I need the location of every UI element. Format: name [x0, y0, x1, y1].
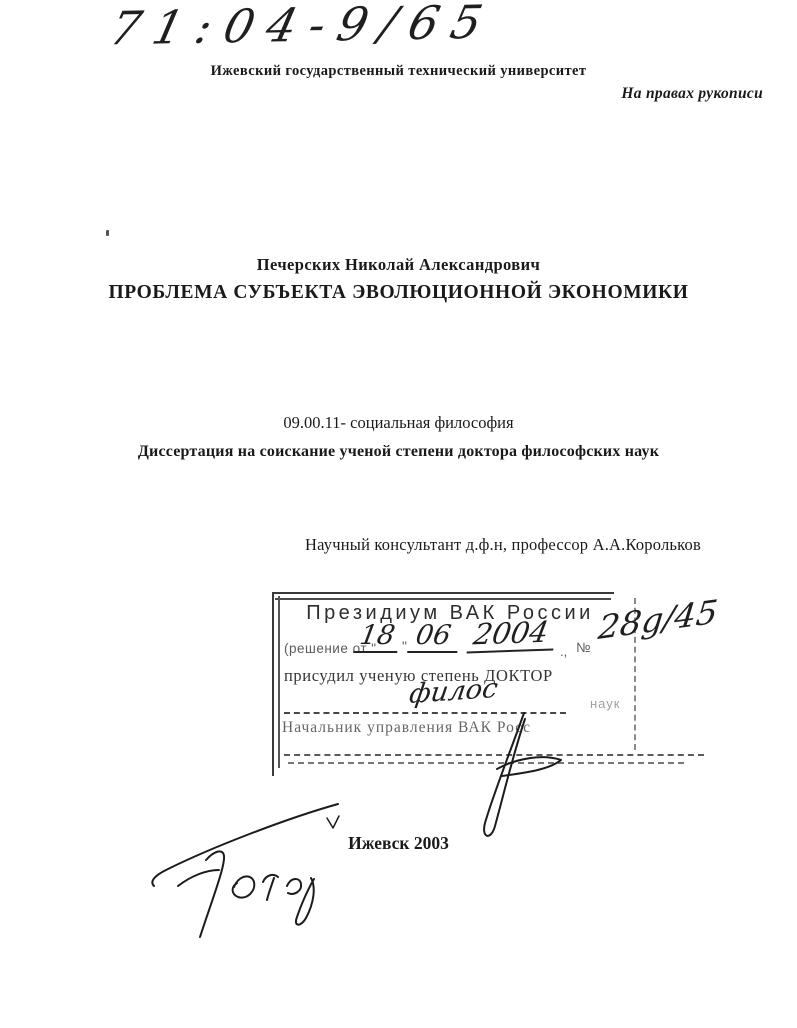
stamp-degree-faint: наук — [590, 696, 620, 711]
author-signature-tail — [296, 878, 314, 925]
handwritten-day: 18 — [353, 620, 403, 653]
handwritten-year: 2004 — [467, 615, 560, 654]
author-signature-stem — [200, 851, 224, 937]
stamp-border-top-outer — [272, 592, 614, 594]
thesis-statement: Диссертация на соискание ученой степени … — [0, 443, 797, 461]
dissertation-title-page: 71:04-9/65 Ижевский государственный техн… — [0, 0, 797, 1028]
author-name: Печерских Николай Александрович — [0, 255, 797, 275]
stamp-number-sign: № — [576, 640, 590, 655]
author-signature-o — [233, 876, 255, 897]
stamp-after-year: ., — [560, 644, 567, 659]
university-name: Ижевский государственный технический уни… — [0, 63, 797, 80]
ink-speck — [106, 230, 109, 236]
author-signature-flourish — [152, 804, 338, 886]
stamp-border-left-inner — [278, 596, 280, 768]
manuscript-rights-note: На правах рукописи — [621, 85, 763, 103]
stamp-border-left-outer — [272, 592, 274, 776]
consultant-line: Научный консультант д.ф.н, профессор А.А… — [305, 535, 701, 555]
author-signature — [90, 790, 360, 960]
official-signature — [440, 695, 590, 845]
author-signature-crossbar — [178, 870, 219, 886]
handwritten-decision-number: 28g/45 — [596, 592, 719, 647]
author-signature-r — [263, 875, 278, 900]
handwritten-month: 06 — [407, 620, 463, 653]
handwritten-inventory-number: 71:04-9/65 — [105, 0, 501, 55]
dissertation-title: ПРОБЛЕМА СУБЪЕКТА ЭВОЛЮЦИОННОЙ ЭКОНОМИКИ — [0, 282, 797, 304]
stamp-border-top-inner — [275, 598, 611, 600]
specialty-code: 09.00.11- социальная философия — [0, 413, 797, 433]
author-signature-e — [287, 879, 301, 894]
